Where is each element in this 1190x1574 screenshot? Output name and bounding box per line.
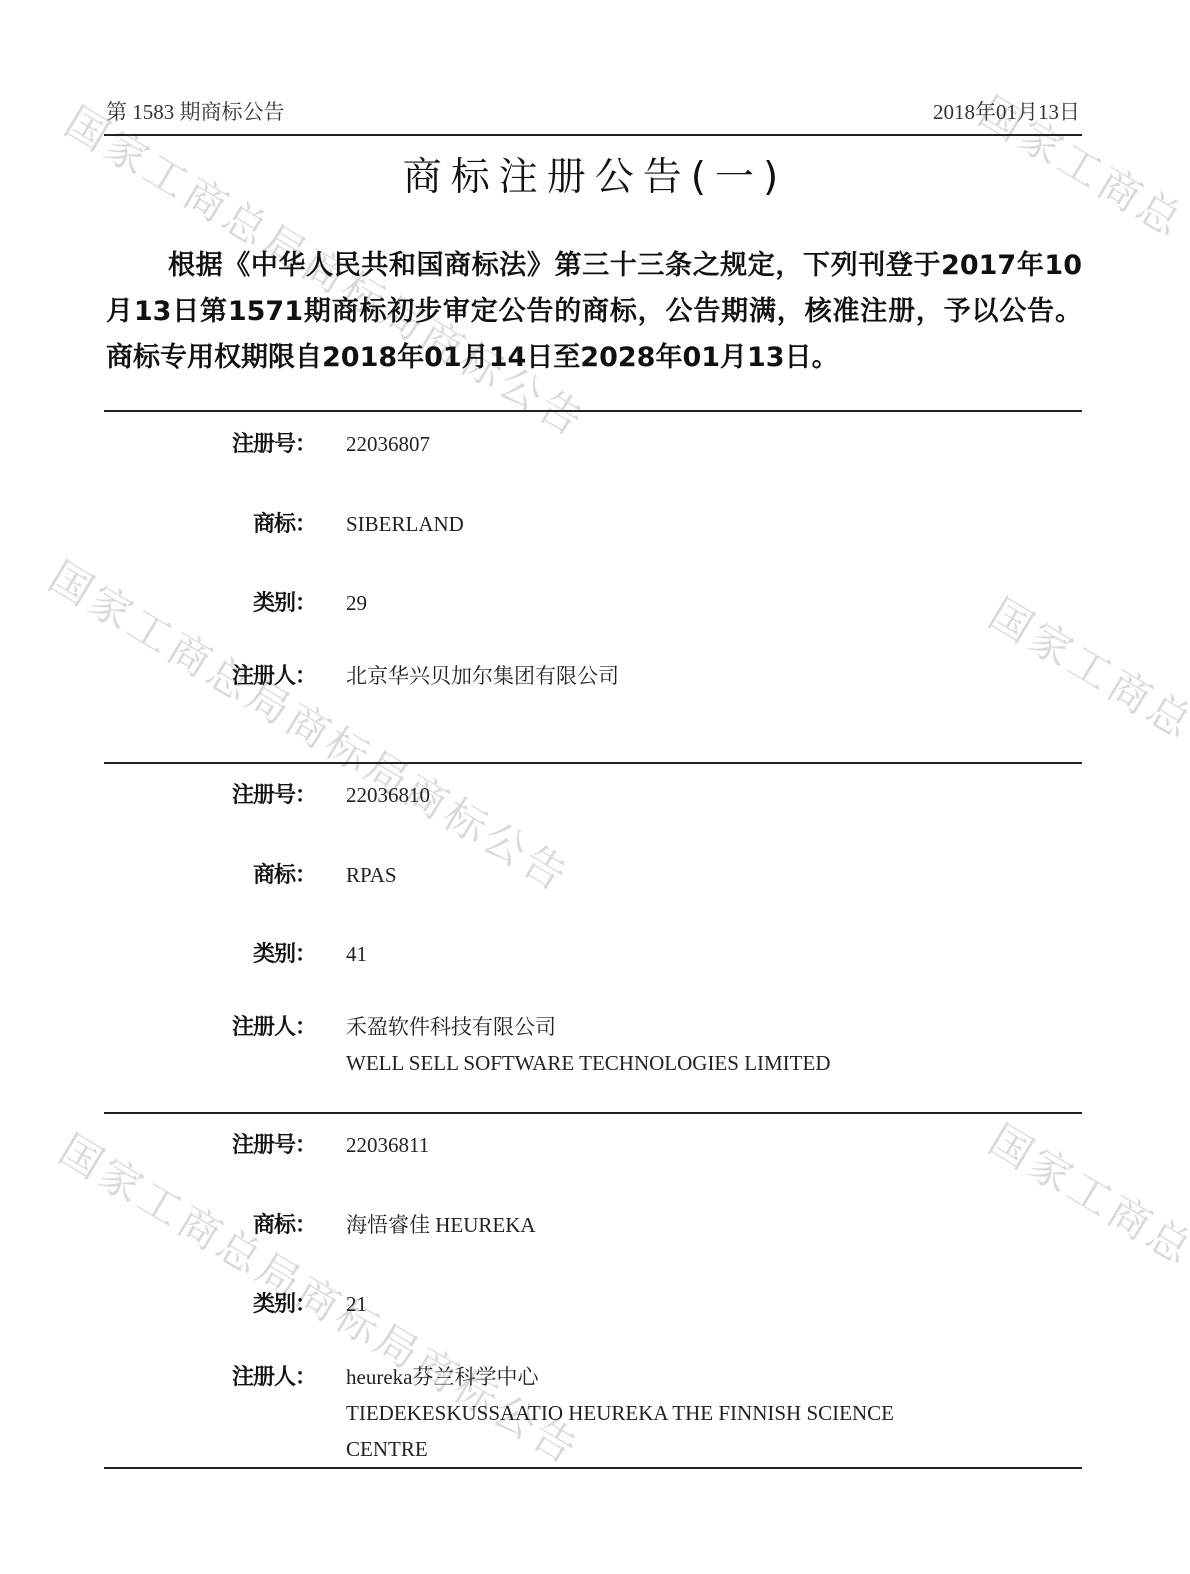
registrant-value: 北京华兴贝加尔集团有限公司 xyxy=(316,658,619,694)
entry-3-reg-no: 注册号： 22036811 xyxy=(100,1127,429,1163)
reg-no-value: 22036807 xyxy=(316,426,430,462)
class-label: 类别： xyxy=(100,586,316,617)
mark-value: SIBERLAND xyxy=(316,506,464,542)
class-label: 类别： xyxy=(100,937,316,968)
mark-value: 海悟睿佳 HEUREKA xyxy=(316,1207,536,1243)
registrant-line: TIEDEKESKUSSAATIO HEUREKA THE FINNISH SC… xyxy=(346,1395,894,1431)
reg-no-label: 注册号： xyxy=(100,1128,316,1159)
entry-divider xyxy=(104,410,1082,412)
registrant-value: 禾盈软件科技有限公司 WELL SELL SOFTWARE TECHNOLOGI… xyxy=(316,1009,831,1081)
mark-label: 商标： xyxy=(100,858,316,889)
watermark: 国家工商总 xyxy=(979,582,1190,752)
reg-no-label: 注册号： xyxy=(100,427,316,458)
class-value: 29 xyxy=(316,585,367,621)
issue-number: 第 1583 期商标公告 xyxy=(106,96,285,126)
issue-date: 2018年01月13日 xyxy=(933,96,1080,126)
entry-3-mark: 商标： 海悟睿佳 HEUREKA xyxy=(100,1207,536,1243)
reg-no-label: 注册号： xyxy=(100,778,316,809)
registrant-label: 注册人： xyxy=(100,659,316,690)
registrant-line: CENTRE xyxy=(346,1431,894,1467)
registrant-value: heureka芬兰科学中心 TIEDEKESKUSSAATIO HEUREKA … xyxy=(316,1359,894,1467)
entry-2-reg-no: 注册号： 22036810 xyxy=(100,777,430,813)
entry-1-class: 类别： 29 xyxy=(100,585,367,621)
header-divider xyxy=(104,134,1082,136)
reg-no-value: 22036811 xyxy=(316,1127,429,1163)
registrant-line: WELL SELL SOFTWARE TECHNOLOGIES LIMITED xyxy=(346,1045,831,1081)
watermark: 国家工商总 xyxy=(979,1108,1190,1278)
entry-3-registrant: 注册人： heureka芬兰科学中心 TIEDEKESKUSSAATIO HEU… xyxy=(100,1359,894,1467)
announcement-page: 国家工商总局商标局商标公告 国家工商总局商标局商标公告 国家工商总局商标局商标公… xyxy=(0,0,1190,1574)
mark-label: 商标： xyxy=(100,507,316,538)
entry-divider xyxy=(104,1467,1082,1469)
page-title: 商标注册公告(一) xyxy=(0,146,1190,202)
mark-value: RPAS xyxy=(316,857,397,893)
intro-paragraph: 根据《中华人民共和国商标法》第三十三条之规定，下列刊登于2017年10月13日第… xyxy=(106,243,1082,381)
entry-1-mark: 商标： SIBERLAND xyxy=(100,506,464,542)
entry-3-class: 类别： 21 xyxy=(100,1286,367,1322)
mark-label: 商标： xyxy=(100,1208,316,1239)
entry-1-registrant: 注册人： 北京华兴贝加尔集团有限公司 xyxy=(100,658,619,694)
registrant-line: 北京华兴贝加尔集团有限公司 xyxy=(346,658,619,694)
class-value: 41 xyxy=(316,936,367,972)
class-label: 类别： xyxy=(100,1287,316,1318)
reg-no-value: 22036810 xyxy=(316,777,430,813)
registrant-line: heureka芬兰科学中心 xyxy=(346,1359,894,1395)
registrant-line: 禾盈软件科技有限公司 xyxy=(346,1009,831,1045)
registrant-label: 注册人： xyxy=(100,1360,316,1391)
class-value: 21 xyxy=(316,1286,367,1322)
entry-2-class: 类别： 41 xyxy=(100,936,367,972)
entry-divider xyxy=(104,762,1082,764)
entry-2-registrant: 注册人： 禾盈软件科技有限公司 WELL SELL SOFTWARE TECHN… xyxy=(100,1009,831,1081)
entry-divider xyxy=(104,1112,1082,1114)
entry-1-reg-no: 注册号： 22036807 xyxy=(100,426,430,462)
registrant-label: 注册人： xyxy=(100,1010,316,1041)
entry-2-mark: 商标： RPAS xyxy=(100,857,397,893)
